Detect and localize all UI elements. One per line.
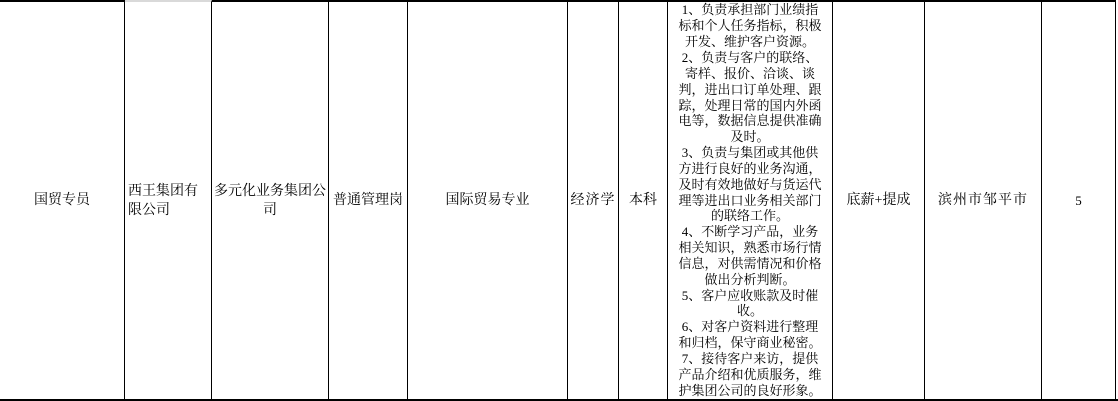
- discipline-cell: 经济学: [568, 0, 619, 399]
- job-table-row: 国贸专员 西王集团有 限公司 多元化业务集团公 司 普通管理岗 国际贸易专业 经…: [0, 0, 1118, 401]
- location-cell: 滨州市邹平市: [925, 0, 1042, 399]
- position-cell: 国贸专员: [0, 0, 125, 399]
- salary-cell: 底薪+提成: [833, 0, 925, 399]
- company-cell: 西王集团有 限公司: [125, 0, 212, 399]
- subsidiary-cell: 多元化业务集团公 司: [212, 0, 329, 399]
- duties-cell: 1、负责承担部门业绩指 标和个人任务指标，积极 开发、维护客户资源。 2、负责与…: [668, 0, 833, 399]
- post-type-cell: 普通管理岗: [329, 0, 408, 399]
- education-cell: 本科: [619, 0, 668, 399]
- headcount-cell: 5: [1042, 0, 1116, 399]
- major-cell: 国际贸易专业: [408, 0, 568, 399]
